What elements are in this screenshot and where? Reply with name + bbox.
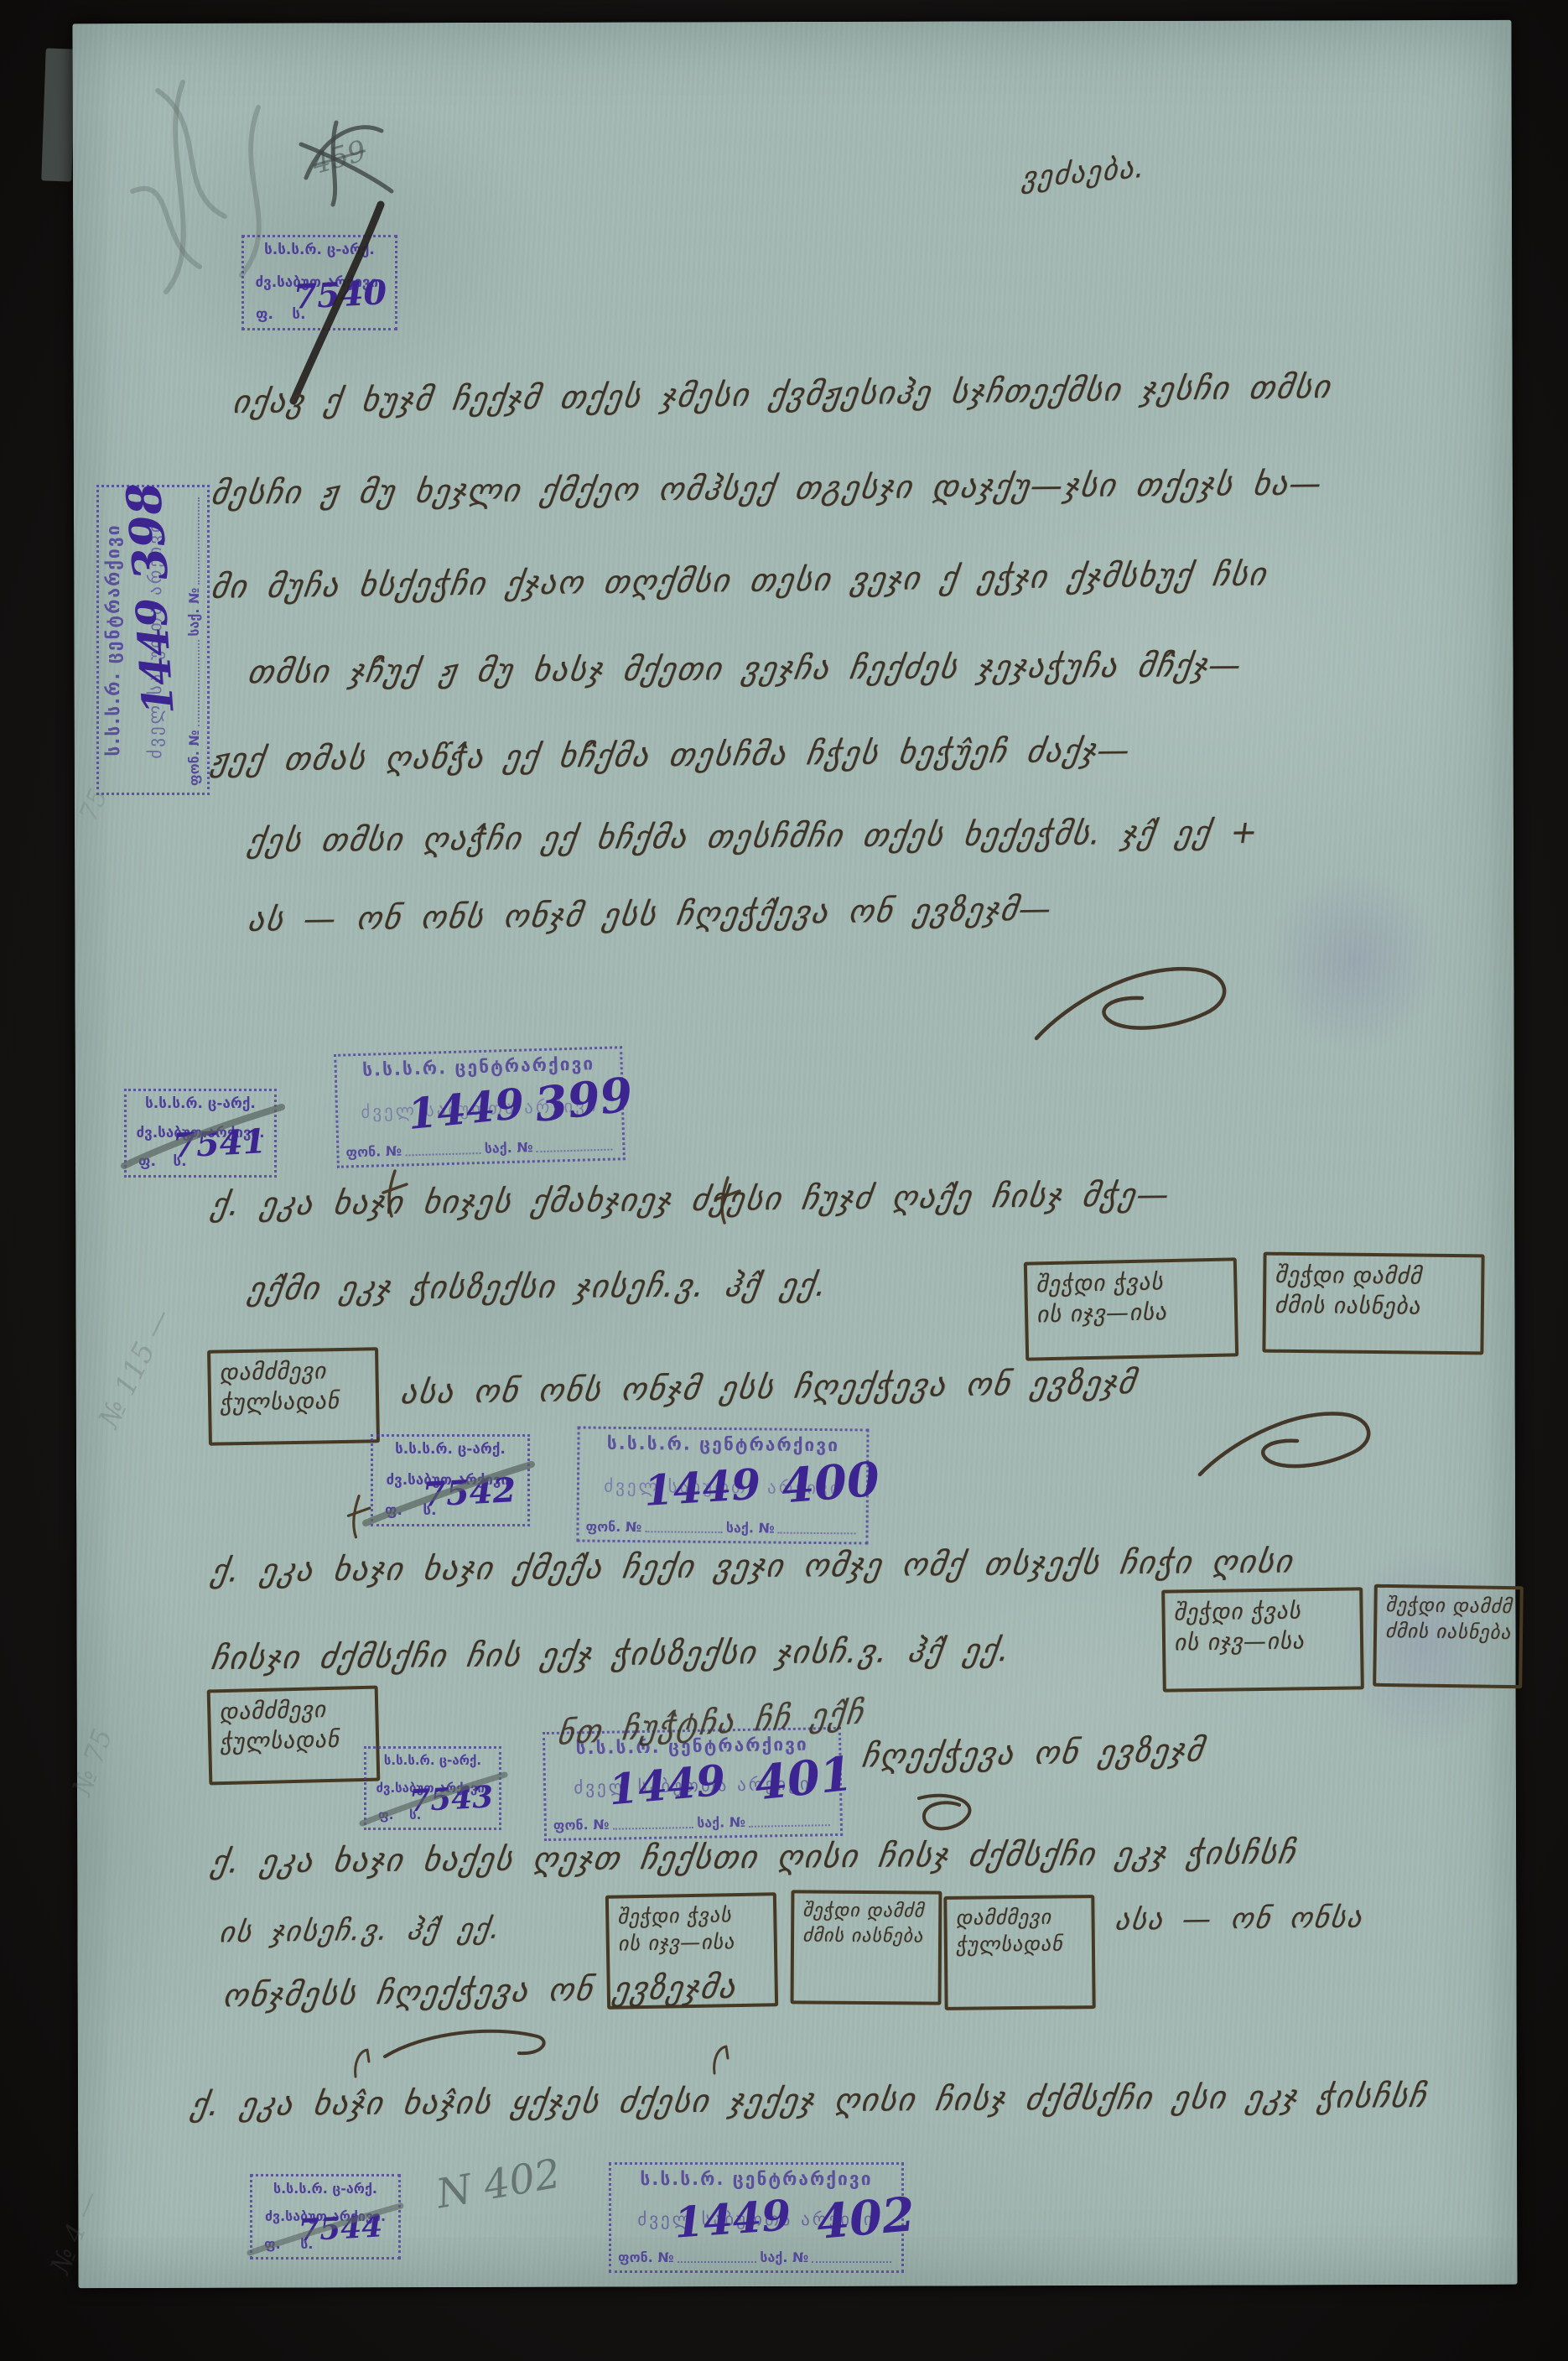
pencil-crossout-stroke — [359, 1439, 535, 1532]
ink-caret-mark — [350, 2046, 372, 2080]
annotation-text: შეჭდი დამძმ — [802, 1898, 930, 1924]
annotation-text: ის იჯვ—ისა — [1036, 1297, 1227, 1331]
flourish — [1195, 1402, 1388, 1490]
stamp-label: საქ. № — [697, 1814, 745, 1831]
archive-stamp-small-7544: ს.ს.ს.რ. ც-არქ. ძვ.საბუთ.არქივი. ფ. ს. 7… — [250, 2174, 401, 2260]
annotation-text: დამძმევი — [219, 1694, 367, 1729]
annotation-text: შეჭდი ჭვას — [617, 1901, 766, 1930]
annotation-box-sealed-widow: შეჭდი ჭვას ის იჯვ—ისა — [1161, 1587, 1364, 1692]
stamp-label: ფ. — [256, 306, 273, 323]
archive-stamp-small-7543: ს.ს.ს.რ. ც-არქ. ძვ.საბუთ.არქივი. ფ. ს. 7… — [364, 1746, 501, 1830]
annotation-box-sealed-master: შეჭდი დამძმ ძმის იასნება — [791, 1890, 942, 2005]
archive-stamp-small-7542: ს.ს.ს.რ. ც-არქ. ძვ.საბუთ.არქივი. ფ. ს. 7… — [371, 1434, 530, 1526]
stamp-label: ფონ. № — [553, 1817, 610, 1833]
annotation-box-burned: დამძმევი ჭულსადან — [943, 1895, 1095, 2010]
ink-bleed-stain — [1266, 868, 1442, 1053]
stamp-label: საქ. № — [485, 1139, 533, 1157]
annotation-text: დამძმევი — [955, 1903, 1083, 1932]
stamp-label: ფონ. № — [345, 1143, 402, 1161]
stamp-text: ს.ს.ს.რ. ცენტრარქივი — [618, 2169, 895, 2189]
annotation-text: ძმის იასნება — [1385, 1619, 1511, 1646]
photographed-document: 459 ვეძაება. ს.ს.ს.რ. ც-არქ. ძვ.საბუთ.არ… — [0, 0, 1568, 2361]
handwriting-line: ჩღექჭევა ონ ევზეჯმ — [859, 1731, 1207, 1774]
stamp-label: საქ. № — [726, 1520, 775, 1537]
page-edge-sliver — [41, 48, 75, 181]
archive-stamp-small-7541: ს.ს.ს.რ. ც-არქ. ძვ.საბუთ.არქივი. ფ. ს. 7… — [124, 1089, 277, 1178]
annotation-text: ის იჯვ—ისა — [618, 1928, 766, 1958]
stamp-fond-number: 1449 — [642, 1459, 762, 1516]
handwriting-line: ექ̂მი ეკჯ ჭისზექსი ჯისეჩ.ვ. ჰქ̂ ექ. — [246, 1266, 831, 1308]
annotation-text: შეჭდი დამძმ — [1385, 1593, 1511, 1620]
handwriting-line: თმსი ჯჩ̂უქ ჟ მუ ხასჯ მქეთი ვეჯჩა ჩექძეს … — [246, 647, 1245, 690]
flourish — [1031, 956, 1241, 1057]
handwriting-line: ასა — ონ ონსა — [1113, 1901, 1366, 1937]
stamp-label: ფონ. № — [186, 730, 202, 786]
handwriting-line: ის ჯისეჩ.ვ. ჰქ̂ ექ. — [217, 1912, 504, 1950]
stamp-fond-number: 1449 — [126, 596, 184, 716]
annotation-text: შეჭდი დამძმ — [1275, 1261, 1472, 1293]
pencil-crossout-stroke — [117, 1089, 285, 1181]
annotation-box-sealed-widow: შეჭდი ჭვას ის იჯვ—ისა — [1024, 1257, 1238, 1360]
annotation-box-burned: დამძმევი ჭულსადან — [207, 1686, 381, 1786]
annotation-text: ძმის იასნება — [1275, 1291, 1472, 1324]
annotation-text: შეჭდი ჭვას — [1036, 1266, 1226, 1301]
annotation-text: ჭულსადან — [956, 1931, 1083, 1959]
stamp-case-number: 400 — [780, 1452, 882, 1515]
stamp-fond-number: 1449 — [607, 1755, 728, 1815]
pencil-crossout-stroke — [357, 1750, 508, 1833]
stamp-case-number: 402 — [814, 2187, 916, 2250]
annotation-text: დამძმევი — [219, 1355, 367, 1389]
archive-stamp-large-402: ს.ს.ს.რ. ცენტრარქივი ძველ საბუთთა არქივი… — [609, 2162, 904, 2273]
stamp-fond-number: 1449 — [672, 2190, 792, 2248]
stamp-label: ფონ. № — [585, 1519, 641, 1536]
stamp-label: საქ. № — [186, 588, 202, 637]
ink-tick-mark — [345, 1493, 374, 1543]
pencil-crossout-stroke — [245, 2181, 404, 2265]
flourish — [912, 1788, 992, 1840]
stamp-case-number: 398 — [116, 480, 179, 582]
annotation-text: ჭულსადან — [220, 1724, 368, 1759]
annotation-text: ის იჯვ—ისა — [1174, 1626, 1352, 1659]
stamp-label: საქ. № — [760, 2249, 808, 2265]
stamp-label: ფონ. № — [618, 2249, 674, 2265]
annotation-text: ჭულსადან — [220, 1386, 368, 1420]
annotation-box-sealed-master: შეჭდი დამძმ ძმის იასნება — [1373, 1584, 1524, 1688]
ink-crossout-stroke — [282, 198, 399, 408]
annotation-text: ძმის იასნება — [802, 1923, 930, 1949]
annotation-box-sealed-master: შეჭდი დამძმ ძმის იასნება — [1262, 1252, 1484, 1355]
archive-stamp-large-398: ს.ს.ს.რ. ცენტრარქივი ძველ საბუთთა არქივი… — [96, 485, 210, 797]
archive-stamp-large-399: ს.ს.ს.რ. ცენტრარქივი ძველ საბუთთა არქივი… — [334, 1046, 626, 1168]
stamp-case-number: 399 — [532, 1067, 636, 1133]
annotation-text: შეჭდი ჭვას — [1173, 1596, 1351, 1629]
flourish — [382, 2023, 541, 2067]
annotation-box-burned: დამძმევი ჭულსადან — [207, 1347, 380, 1446]
archive-stamp-large-400: ს.ს.ს.რ. ცენტრარქივი ძველ საბუთთა არქივი… — [576, 1426, 869, 1544]
stamp-text: ს.ს.ს.რ. ცენტრარქივი — [586, 1433, 859, 1456]
ink-caret-mark — [709, 2043, 731, 2077]
stamp-case-number: 401 — [752, 1746, 855, 1812]
